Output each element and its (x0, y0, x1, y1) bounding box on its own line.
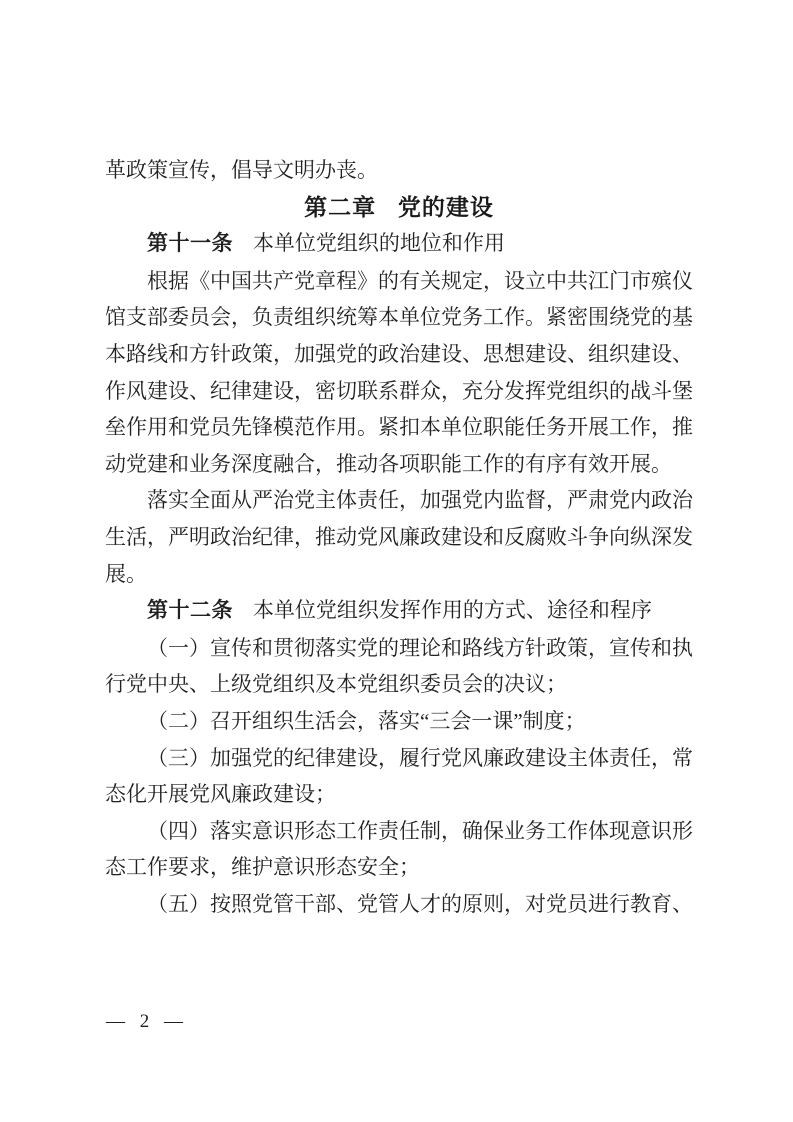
chapter-title: 党的建设 (398, 194, 494, 220)
article-12-item-1: （一）宣传和贯彻落实党的理论和路线方针政策，宣传和执行党中央、上级党组织及本党组… (105, 630, 693, 703)
article-11-label: 第十一条 (147, 232, 233, 255)
page-number: — 2 — (106, 1004, 183, 1040)
chapter-number: 第二章 (304, 194, 376, 220)
article-12-heading: 第十二条本单位党组织发挥作用的方式、途径和程序 (105, 592, 693, 630)
chapter-heading: 第二章党的建设 (105, 189, 693, 226)
document-page: 革政策宣传，倡导文明办丧。 第二章党的建设 第十一条本单位党组织的地位和作用 根… (0, 0, 793, 1122)
article-12-item-2: （二）召开组织生活会，落实“三会一课”制度； (105, 703, 693, 740)
article-11-title: 本单位党组织的地位和作用 (253, 231, 505, 255)
article-12-item-4: （四）落实意识形态工作责任制，确保业务工作体现意识形态工作要求，维护意识形态安全… (105, 813, 693, 886)
article-12-item-3: （三）加强党的纪律建设，履行党风廉政建设主体责任，常态化开展党风廉政建设； (105, 740, 693, 813)
continuation-text: 革政策宣传，倡导文明办丧。 (105, 152, 693, 189)
article-12-label: 第十二条 (147, 599, 233, 622)
article-11-paragraph-2: 落实全面从严治党主体责任，加强党内监督，严肃党内政治生活，严明政治纪律，推动党风… (105, 482, 693, 592)
article-11-paragraph-1: 根据《中国共产党章程》的有关规定，设立中共江门市殡仪馆支部委员会，负责组织统筹本… (105, 263, 693, 483)
document-body: 革政策宣传，倡导文明办丧。 第二章党的建设 第十一条本单位党组织的地位和作用 根… (105, 0, 693, 922)
article-12-item-5: （五）按照党管干部、党管人才的原则，对党员进行教育、 (105, 886, 693, 923)
article-11-heading: 第十一条本单位党组织的地位和作用 (105, 225, 693, 263)
article-12-title: 本单位党组织发挥作用的方式、途径和程序 (253, 598, 652, 622)
